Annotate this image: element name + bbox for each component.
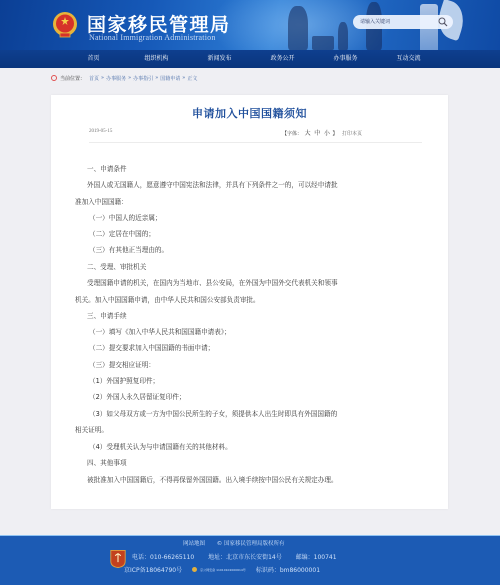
paragraph: 被批准加入中国国籍后，不得再保留外国国籍。出入境手续按中国公民有关规定办理。 <box>87 474 338 484</box>
font-size-close: 】 <box>332 131 337 137</box>
nav-item-government-affairs[interactable]: 政务公开 <box>251 50 314 68</box>
nav-item-news[interactable]: 新闻发布 <box>188 50 251 68</box>
nav-item-home[interactable]: 首页 <box>62 50 125 68</box>
section-heading: 三、申请手续 <box>87 310 127 320</box>
font-size-control: 【字体： 大 中 小 】 打印本页 <box>282 128 362 137</box>
font-size-medium[interactable]: 中 <box>314 130 320 137</box>
nav-list: 首页 组织机构 新闻发布 政务公开 办事服务 互动交流 <box>62 50 440 68</box>
police-record-link[interactable]: 京公网安备 11010102000614号 <box>200 568 246 572</box>
list-item: （1）外国护照复印件； <box>89 375 159 385</box>
breadcrumb-guide[interactable]: 办事指引 <box>133 75 153 82</box>
footer-line-1: 网站地图 © 国家移民管理局版权所有 <box>183 539 285 547</box>
section-heading: 一、申请条件 <box>87 163 127 173</box>
article-card: 申请加入中国国籍须知 2019-05-15 【字体： 大 中 小 】 打印本页 … <box>51 95 448 509</box>
section-heading: 二、受理、审批机关 <box>87 261 146 271</box>
postcode-text: 邮编：100741 <box>296 554 337 561</box>
breadcrumb-separator: » <box>155 75 158 81</box>
breadcrumb: 当前位置： 首页 » 办事服务 » 办事指引 » 国籍申请 » 正文 <box>51 73 197 83</box>
nav-item-services[interactable]: 办事服务 <box>314 50 377 68</box>
print-page-link[interactable]: 打印本页 <box>342 131 362 137</box>
national-emblem-icon <box>52 11 78 40</box>
search-box <box>353 15 453 29</box>
site-header: 国家移民管理局 National Immigration Administrat… <box>0 0 500 50</box>
list-item: （2）外国人永久居留证复印件； <box>89 391 186 401</box>
breadcrumb-services[interactable]: 办事服务 <box>106 75 126 82</box>
list-item: （一）填写《加入中华人民共和国国籍申请表》； <box>89 326 231 336</box>
icp-link[interactable]: 京ICP备18064790号 <box>124 565 182 574</box>
list-item: （3）如父母双方或一方为中国公民所生的子女，须提供本人出生时即具有外国国籍的 <box>89 408 337 418</box>
breadcrumb-separator: » <box>182 75 185 81</box>
article-title: 申请加入中国国籍须知 <box>51 105 448 121</box>
location-icon <box>51 75 57 81</box>
list-item: （一）中国人的近亲属； <box>89 212 162 222</box>
list-item: （二）提交要求加入中国国籍的书面申请； <box>89 342 214 352</box>
breadcrumb-home[interactable]: 首页 <box>89 75 99 82</box>
list-item-continued: 相关证明。 <box>75 424 108 434</box>
traveler-silhouette-1 <box>288 6 308 50</box>
breadcrumb-nationality[interactable]: 国籍申请 <box>160 75 180 82</box>
site-footer: 网站地图 © 国家移民管理局版权所有 电话：010-66265110 地址：北京… <box>0 535 500 585</box>
breadcrumb-current: 正文 <box>187 75 197 82</box>
article-meta: 2019-05-15 【字体： 大 中 小 】 打印本页 <box>89 129 422 143</box>
paragraph: 准加入中国国籍： <box>75 196 128 206</box>
list-item: （4）受理机关认为与申请国籍有关的其他材料。 <box>89 441 232 451</box>
identifier-text: 标识码：bm86000001 <box>256 565 320 574</box>
nav-item-interaction[interactable]: 互动交流 <box>377 50 440 68</box>
suitcase-silhouette <box>312 36 334 50</box>
search-input[interactable] <box>360 16 436 28</box>
list-item: （三）有其他正当理由的。 <box>89 244 168 254</box>
child-silhouette <box>338 22 348 50</box>
font-size-label: 【字体： <box>282 131 302 137</box>
breadcrumb-label: 当前位置： <box>60 75 85 82</box>
footer-line-2: 电话：010-66265110 地址：北京市东长安街14号 邮编：100741 <box>132 552 337 561</box>
footer-line-3: 京ICP备18064790号 京公网安备 11010102000614号 标识码… <box>124 565 320 574</box>
nav-item-organization[interactable]: 组织机构 <box>125 50 188 68</box>
search-icon[interactable] <box>438 17 448 27</box>
breadcrumb-separator: » <box>128 75 131 81</box>
phone-text: 电话：010-66265110 <box>132 554 194 561</box>
font-size-small[interactable]: 小 <box>324 130 330 137</box>
address-text: 地址：北京市东长安街14号 <box>208 554 282 561</box>
police-record-icon <box>192 567 197 572</box>
list-item: （二）定居在中国的； <box>89 228 155 238</box>
section-heading: 四、其他事项 <box>87 457 127 467</box>
copyright-text: © 国家移民管理局版权所有 <box>217 541 285 547</box>
main-nav: 首页 组织机构 新闻发布 政务公开 办事服务 互动交流 <box>0 50 500 68</box>
breadcrumb-separator: » <box>101 75 104 81</box>
list-item: （三）提交相应证明： <box>89 359 155 369</box>
paragraph: 机关。加入中国国籍申请，由中华人民共和国公安部负责审批。 <box>75 294 260 304</box>
sitemap-link[interactable]: 网站地图 <box>183 541 205 547</box>
publish-date: 2019-05-15 <box>89 129 112 134</box>
site-name-english: National Immigration Administration <box>89 33 216 42</box>
font-size-large[interactable]: 大 <box>305 130 311 137</box>
paragraph: 外国人或无国籍人，愿意遵守中国宪法和法律，并具有下列条件之一的，可以经申请批 <box>87 179 338 189</box>
paragraph: 受理国籍申请的机关，在国内为当地市、县公安局，在外国为中国外交代表机关和领事 <box>87 277 338 287</box>
